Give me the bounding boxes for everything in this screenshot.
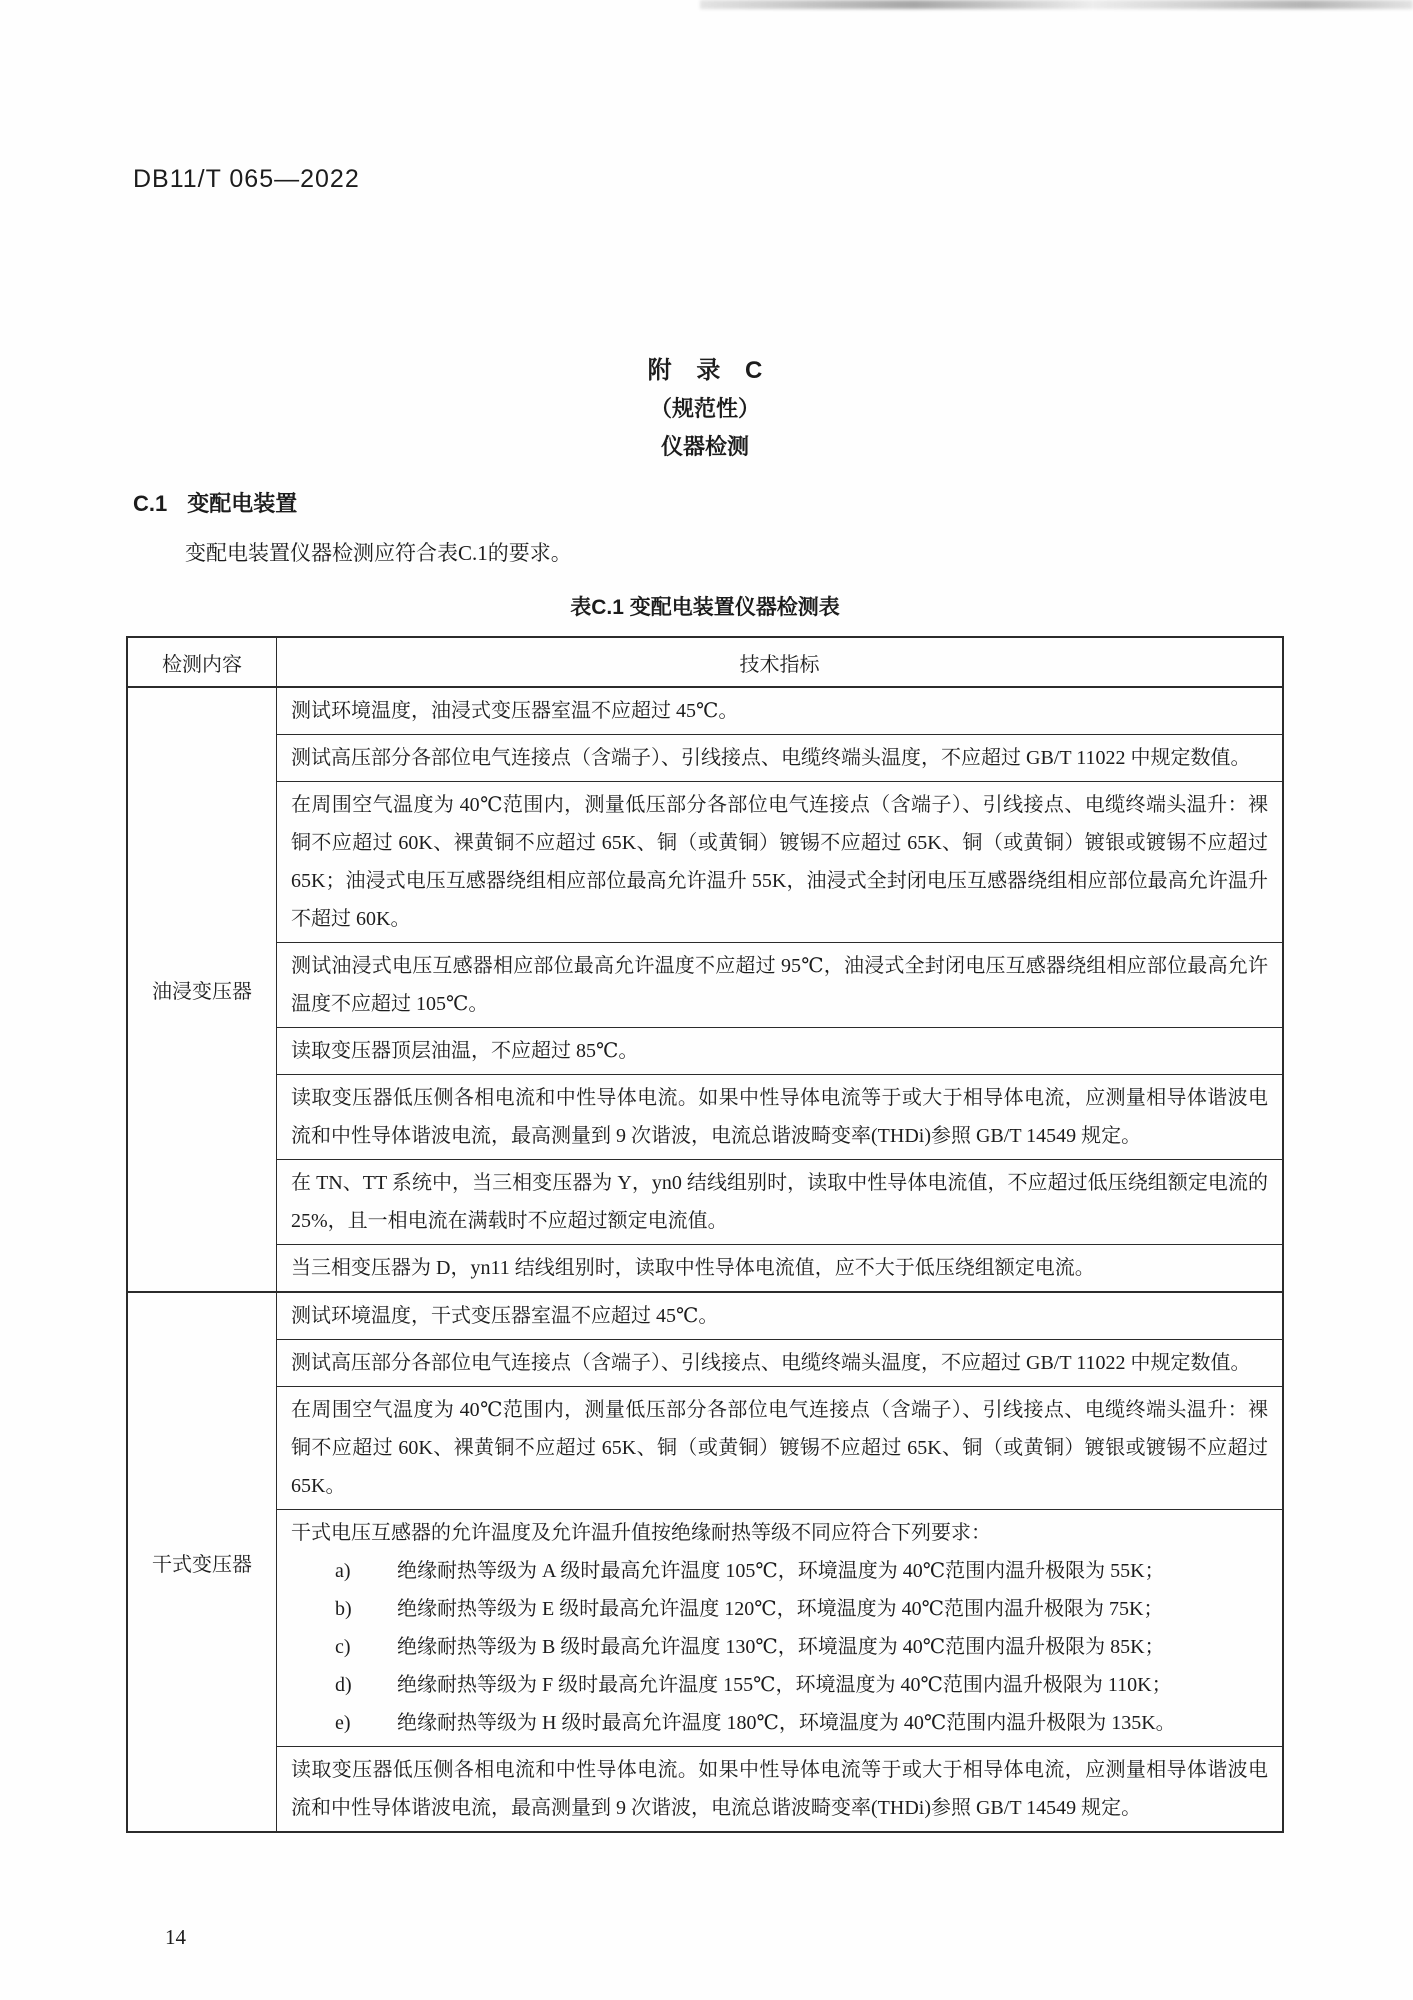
table-row: 在 TN、TT 系统中，当三相变压器为 Y，yn0 结线组别时，读取中性导体电流… [127, 1160, 1283, 1245]
list-item-text: 绝缘耐热等级为 E 级时最高允许温度 120℃，环境温度为 40℃范围内温升极限… [397, 1590, 1268, 1628]
spec-cell: 读取变压器低压侧各相电流和中性导体电流。如果中性导体电流等于或大于相导体电流，应… [277, 1075, 1284, 1160]
table-row: 读取变压器低压侧各相电流和中性导体电流。如果中性导体电流等于或大于相导体电流，应… [127, 1075, 1283, 1160]
spec-cell: 测试环境温度，干式变压器室温不应超过 45℃。 [277, 1292, 1284, 1340]
list-item-a: a) 绝缘耐热等级为 A 级时最高允许温度 105℃，环境温度为 40℃范围内温… [335, 1552, 1268, 1590]
standard-code: DB11/T 065—2022 [133, 165, 360, 194]
list-item-text: 绝缘耐热等级为 A 级时最高允许温度 105℃，环境温度为 40℃范围内温升极限… [397, 1552, 1268, 1590]
table-row: 测试高压部分各部位电气连接点（含端子）、引线接点、电缆终端头温度，不应超过 GB… [127, 1340, 1283, 1387]
table-header: 检测内容 技术指标 [127, 637, 1283, 687]
spec-cell: 读取变压器顶层油温，不应超过 85℃。 [277, 1028, 1284, 1075]
spec-cell: 测试高压部分各部位电气连接点（含端子）、引线接点、电缆终端头温度，不应超过 GB… [277, 735, 1284, 782]
inspection-table: 检测内容 技术指标 油浸变压器 测试环境温度，油浸式变压器室温不应超过 45℃。… [126, 636, 1284, 1833]
table-row: 油浸变压器 测试环境温度，油浸式变压器室温不应超过 45℃。 [127, 687, 1283, 735]
spec-cell: 在周围空气温度为 40℃范围内，测量低压部分各部位电气连接点（含端子）、引线接点… [277, 782, 1284, 943]
spec-cell: 测试油浸式电压互感器相应部位最高允许温度不应超过 95℃，油浸式全封闭电压互感器… [277, 943, 1284, 1028]
list-item-c: c) 绝缘耐热等级为 B 级时最高允许温度 130℃，环境温度为 40℃范围内温… [335, 1628, 1268, 1666]
spec-cell: 测试高压部分各部位电气连接点（含端子）、引线接点、电缆终端头温度，不应超过 GB… [277, 1340, 1284, 1387]
list-lead: 干式电压互感器的允许温度及允许温升值按绝缘耐热等级不同应符合下列要求： [291, 1514, 1268, 1552]
list-item-text: 绝缘耐热等级为 F 级时最高允许温度 155℃，环境温度为 40℃范围内温升极限… [397, 1666, 1268, 1704]
list-item-text: 绝缘耐热等级为 H 级时最高允许温度 180℃，环境温度为 40℃范围内温升极限… [397, 1704, 1268, 1742]
list-item-label: a) [335, 1552, 397, 1590]
page-number: 14 [165, 1925, 186, 1950]
appendix-title-line1: 附 录 C [126, 352, 1284, 390]
intro-paragraph: 变配电装置仪器检测应符合表C.1的要求。 [133, 537, 1283, 567]
table-row: 读取变压器低压侧各相电流和中性导体电流。如果中性导体电流等于或大于相导体电流，应… [127, 1747, 1283, 1833]
appendix-title-line2: （规范性） [126, 390, 1284, 428]
table-row: 干式变压器 测试环境温度，干式变压器室温不应超过 45℃。 [127, 1292, 1283, 1340]
spec-cell-list: 干式电压互感器的允许温度及允许温升值按绝缘耐热等级不同应符合下列要求： a) 绝… [277, 1510, 1284, 1747]
group-dry-transformer: 干式变压器 测试环境温度，干式变压器室温不应超过 45℃。 测试高压部分各部位电… [127, 1292, 1283, 1832]
spec-cell: 在 TN、TT 系统中，当三相变压器为 Y，yn0 结线组别时，读取中性导体电流… [277, 1160, 1284, 1245]
table-caption: 表C.1 变配电装置仪器检测表 [126, 591, 1284, 621]
group-oil-transformer: 油浸变压器 测试环境温度，油浸式变压器室温不应超过 45℃。 测试高压部分各部位… [127, 687, 1283, 1292]
column-header-content: 检测内容 [127, 637, 277, 687]
spec-cell: 测试环境温度，油浸式变压器室温不应超过 45℃。 [277, 687, 1284, 735]
table-header-row: 检测内容 技术指标 [127, 637, 1283, 687]
section-title: 变配电装置 [187, 491, 297, 516]
table-row: 读取变压器顶层油温，不应超过 85℃。 [127, 1028, 1283, 1075]
table-row: 在周围空气温度为 40℃范围内，测量低压部分各部位电气连接点（含端子）、引线接点… [127, 1387, 1283, 1510]
list-item-label: e) [335, 1704, 397, 1742]
group-label-dry: 干式变压器 [127, 1292, 277, 1832]
list-item-b: b) 绝缘耐热等级为 E 级时最高允许温度 120℃，环境温度为 40℃范围内温… [335, 1590, 1268, 1628]
table-row: 当三相变压器为 D，yn11 结线组别时，读取中性导体电流值，应不大于低压绕组额… [127, 1245, 1283, 1293]
spec-cell: 在周围空气温度为 40℃范围内，测量低压部分各部位电气连接点（含端子）、引线接点… [277, 1387, 1284, 1510]
table-row: 干式电压互感器的允许温度及允许温升值按绝缘耐热等级不同应符合下列要求： a) 绝… [127, 1510, 1283, 1747]
list-item-text: 绝缘耐热等级为 B 级时最高允许温度 130℃，环境温度为 40℃范围内温升极限… [397, 1628, 1268, 1666]
spec-cell: 读取变压器低压侧各相电流和中性导体电流。如果中性导体电流等于或大于相导体电流，应… [277, 1747, 1284, 1833]
group-label-oil: 油浸变压器 [127, 687, 277, 1292]
appendix-title: 附 录 C （规范性） 仪器检测 [126, 352, 1284, 466]
list-item-d: d) 绝缘耐热等级为 F 级时最高允许温度 155℃，环境温度为 40℃范围内温… [335, 1666, 1268, 1704]
list-item-label: d) [335, 1666, 397, 1704]
appendix-title-line3: 仪器检测 [126, 428, 1284, 466]
column-header-spec: 技术指标 [277, 637, 1284, 687]
list-item-label: c) [335, 1628, 397, 1666]
spec-cell: 当三相变压器为 D，yn11 结线组别时，读取中性导体电流值，应不大于低压绕组额… [277, 1245, 1284, 1293]
list-item-label: b) [335, 1590, 397, 1628]
section-heading: C.1变配电装置 [133, 487, 297, 518]
document-page: DB11/T 065—2022 附 录 C （规范性） 仪器检测 C.1变配电装… [0, 0, 1413, 2000]
section-number: C.1 [133, 491, 167, 516]
scan-artifact [700, 0, 1413, 9]
table-row: 测试油浸式电压互感器相应部位最高允许温度不应超过 95℃，油浸式全封闭电压互感器… [127, 943, 1283, 1028]
list-item-e: e) 绝缘耐热等级为 H 级时最高允许温度 180℃，环境温度为 40℃范围内温… [335, 1704, 1268, 1742]
table-row: 测试高压部分各部位电气连接点（含端子）、引线接点、电缆终端头温度，不应超过 GB… [127, 735, 1283, 782]
table-row: 在周围空气温度为 40℃范围内，测量低压部分各部位电气连接点（含端子）、引线接点… [127, 782, 1283, 943]
